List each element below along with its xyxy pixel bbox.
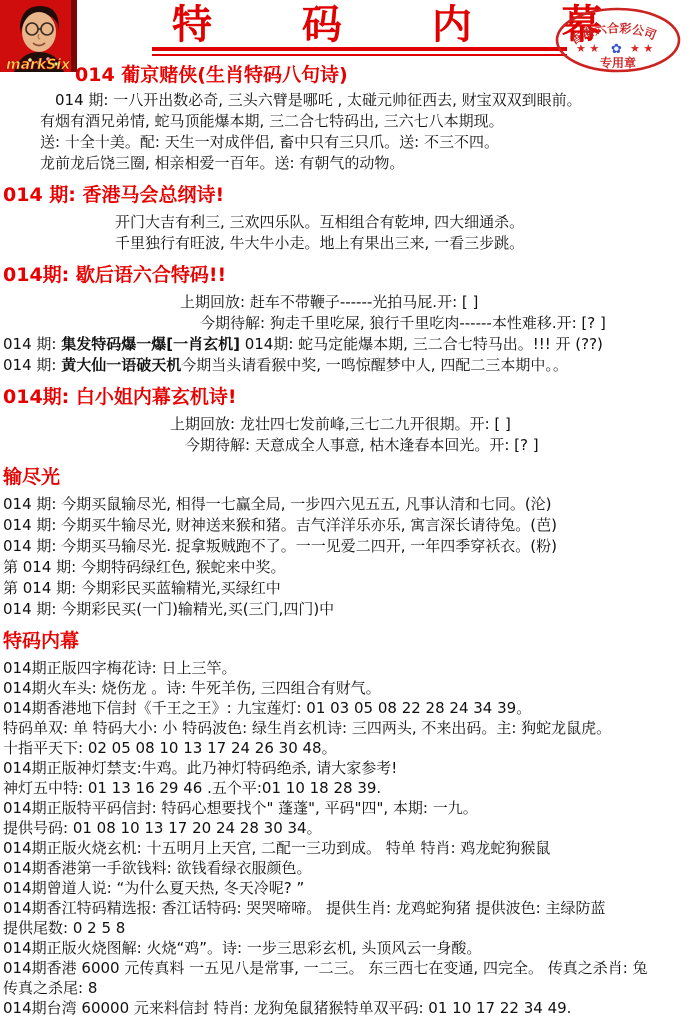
tip-line: 第 014 期: 今期彩民买蓝输精光,买绿红中 <box>3 578 690 599</box>
tip-bold: 集发特码爆一爆[一肖玄机] <box>61 335 240 353</box>
tip-line: 014 期: 今期买马输尽光. 捉拿叛贼跑不了。一一见爱二四开, 一年四季穿袄衣… <box>3 536 690 557</box>
info-line: 特码单双: 单 特码大小: 小 特码波色: 绿生肖玄机诗: 三四两头, 不来出码… <box>3 718 690 738</box>
marksix-logo: markSix <box>0 0 77 72</box>
info-line: 014期香江特码精选报: 香江话特码: 哭哭啼啼。 提供生肖: 龙鸡蛇狗猪 提供… <box>3 898 690 918</box>
recap-line: 上期回放: 赶车不带鞭子------光拍马屁.开: [ ] <box>180 292 690 313</box>
info-line: 014期火车头: 烧伤龙 。诗: 牛死羊伤, 三四组合有财气。 <box>3 678 690 698</box>
tip-prefix: 014 期: <box>3 356 61 374</box>
poem-line: 有烟有酒兄弟情, 蛇马顶能爆本期, 三二合七特码出, 三六七八本期现。 <box>40 111 690 132</box>
page: markSix 特 码 内 幕 香港六合彩公司 ★ ★ ✿ ★ ★ 专用章 <box>0 0 690 1017</box>
poem-line: 开门大吉有利三, 三欢四乐队。互相组合有乾坤, 四大细通杀。 <box>115 212 690 233</box>
stamp-stars-left: ★ ★ <box>576 42 599 55</box>
pending-line: 今期待解: 狗走千里吃屎, 狼行千里吃肉------本性难移.开: [? ] <box>200 313 690 334</box>
info-line: 神灯五中特: 01 13 16 29 46 .五个平:01 10 18 28 3… <box>3 778 690 798</box>
tip-bold: 黄大仙一语破天机 <box>61 356 181 374</box>
section3-title: 014期: 歇后语六合特码!! <box>3 264 690 286</box>
info-line: 014期正版神灯禁支:牛鸡。此乃神灯特码绝杀, 请大家参考! <box>3 758 690 778</box>
info-line: 014期香港第一手欲钱料: 欲钱看绿衣服颜色。 <box>3 858 690 878</box>
tip-rest: 014期: 蛇马定能爆本期, 三二合七特马出。!!! 开 (??) <box>240 335 603 353</box>
info-line: 014期正版火烧图解: 火烧“鸡”。诗: 一步三思彩玄机, 头顶风云一身酸。 <box>3 938 690 958</box>
tip-line: 014 期: 集发特码爆一爆[一肖玄机] 014期: 蛇马定能爆本期, 三二合七… <box>3 334 690 355</box>
tip-line: 014 期: 黄大仙一语破天机今期当头请看猴中奖, 一鸣惊醒梦中人, 四配二三本… <box>3 355 690 376</box>
info-line: 提供尾数: 0 2 5 8 <box>3 918 690 938</box>
tip-line: 014 期: 今期彩民买(一门)输精光,买(三门,四门)中 <box>3 599 690 620</box>
info-line: 十指平天下: 02 05 08 10 13 17 24 26 30 48。 <box>3 738 690 758</box>
tip-rest: 今期当头请看猴中奖, 一鸣惊醒梦中人, 四配二三本期中。。 <box>181 356 568 374</box>
info-line: 014期正版四字梅花诗: 日上三竿。 <box>3 658 690 678</box>
section6-title: 特码内幕 <box>3 630 690 652</box>
tip-line: 014 期: 今期买鼠输尽光, 相得一七赢全局, 一步四六见五五, 凡事认清和七… <box>3 494 690 515</box>
title-underline-thin <box>152 54 567 56</box>
poem-line: 014 期: 一八开出数必奇, 三头六臂是哪吒 , 太碰元帅征西去, 财宝双双到… <box>55 90 690 111</box>
poem-line: 千里独行有旺波, 牛大牛小走。地上有果出三来, 一看三步跳。 <box>115 233 690 254</box>
info-line: 014期香港地下信封《千王之王》: 九宝莲灯: 01 03 05 08 22 2… <box>3 698 690 718</box>
title-block: 特 码 内 幕 <box>152 0 567 56</box>
logo-label: markSix <box>6 57 71 72</box>
info-line: 014期正版火烧玄机: 十五明月上天宫, 二配一三功到成。 特单 特肖: 鸡龙蛇… <box>3 838 690 858</box>
stamp-stars-right: ★ ★ <box>630 42 653 55</box>
info-line: 014期香港 6000 元传真料 一五见八是常事, 一二三。 东三西七在变通, … <box>3 958 690 978</box>
header: markSix 特 码 内 幕 香港六合彩公司 ★ ★ ✿ ★ ★ 专用章 <box>0 0 690 60</box>
stamp-flower-icon: ✿ <box>611 42 622 57</box>
info-line: 传真之杀尾: 8 <box>3 978 690 998</box>
poem-line: 龙前龙后饶三圈, 相亲相爱一百年。送: 有朝气的动物。 <box>40 153 690 174</box>
tip-line: 第 014 期: 今期特码绿红色, 猴蛇来中奖。 <box>3 557 690 578</box>
section5-title: 输尽光 <box>3 466 690 488</box>
tip-prefix: 014 期: <box>3 335 61 353</box>
poem-line: 送: 十全十美。配: 天生一对成伴侣, 畜中只有三只爪。送: 不三不四。 <box>40 132 690 153</box>
stamp-bottom-text: 专用章 <box>600 55 636 70</box>
logo-face-icon: markSix <box>0 0 77 72</box>
pending-line: 今期待解: 天意成全人事意, 枯木逢春本回光。开: [? ] <box>185 435 690 456</box>
info-line: 014期曾道人说: “为什么夏天热, 冬天冷呢? ” <box>3 878 690 898</box>
company-stamp-icon: 香港六合彩公司 ★ ★ ✿ ★ ★ 专用章 <box>552 4 684 76</box>
info-line: 提供号码: 01 08 10 13 17 20 24 28 30 34。 <box>3 818 690 838</box>
section2-title: 014 期: 香港马会总纲诗! <box>3 184 690 206</box>
page-title: 特 码 内 幕 <box>152 4 567 46</box>
section4-title: 014期: 白小姐内幕玄机诗! <box>3 386 690 408</box>
info-line: 014期正版特平码信封: 特码心想要找个" 蓬蓬", 平码"四", 本期: 一九… <box>3 798 690 818</box>
info-line: 014期台湾 60000 元来料信封 特肖: 龙狗兔鼠猪猴特单双平码: 01 1… <box>3 998 690 1017</box>
tip-line: 014 期: 今期买牛输尽光, 财神送来猴和猪。吉气洋洋乐亦乐, 寓言深长请待兔… <box>3 515 690 536</box>
recap-line: 上期回放: 龙壮四七发前峰,三七二九开很期。开: [ ] <box>170 414 690 435</box>
